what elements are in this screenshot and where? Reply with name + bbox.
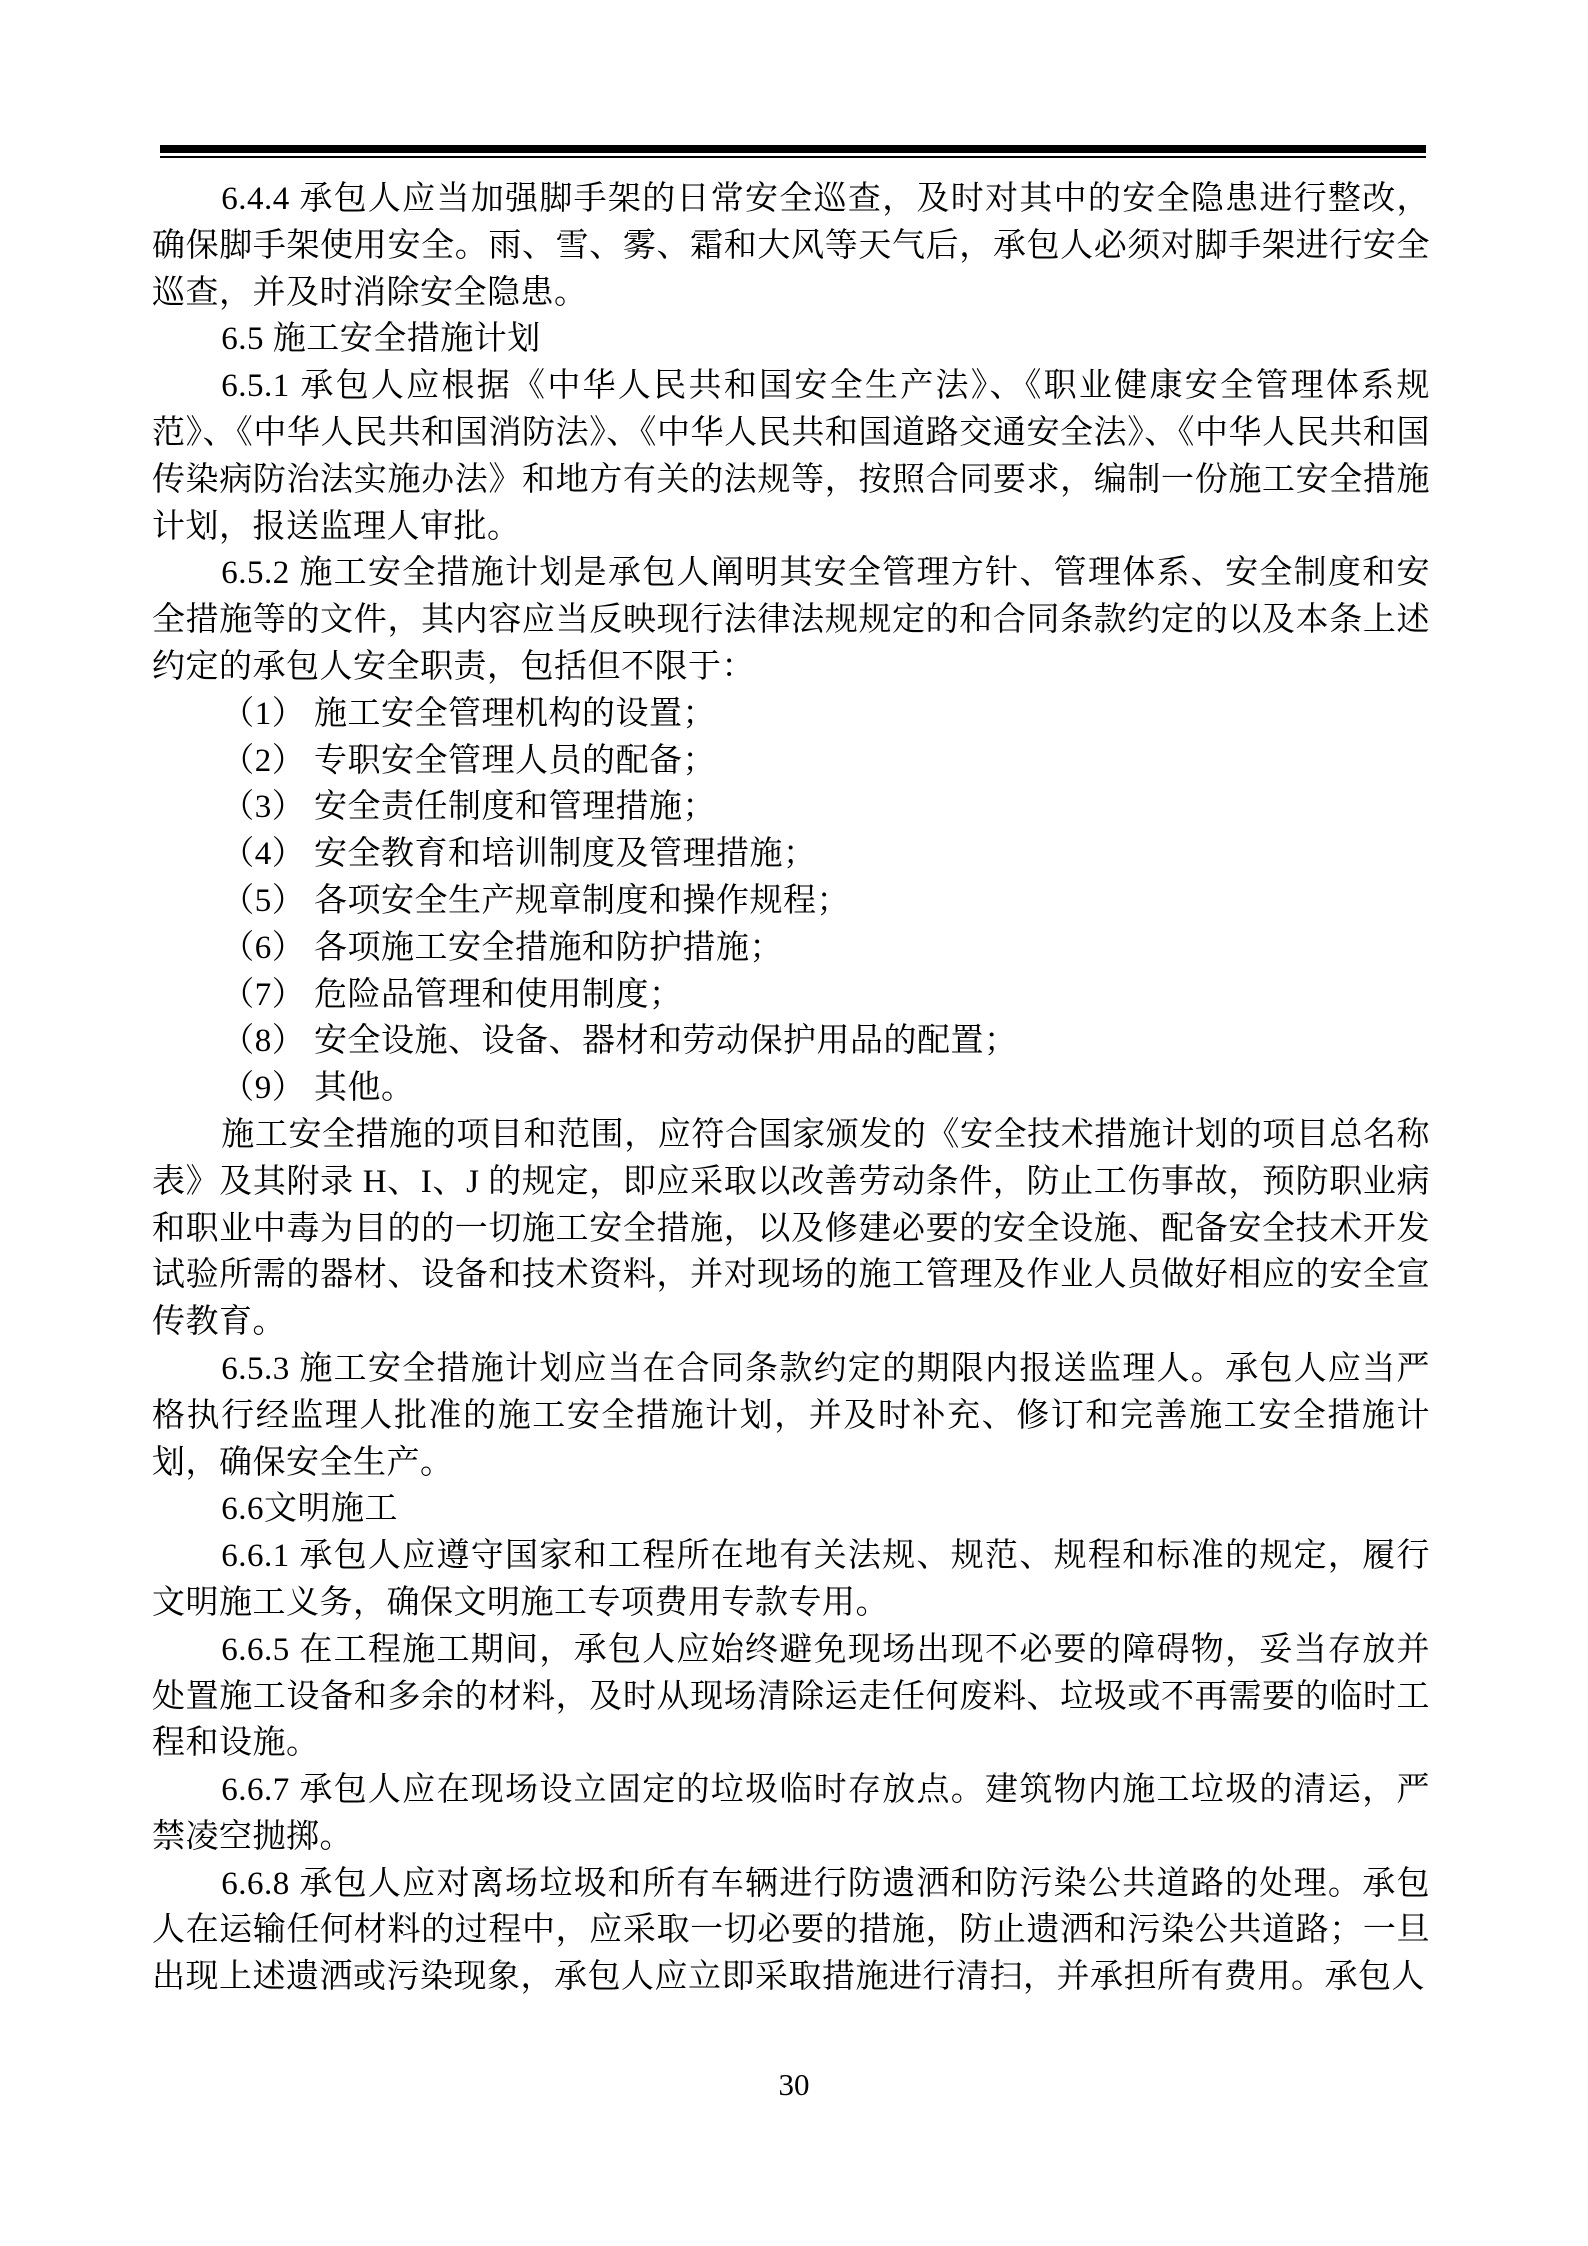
paragraph: （8） 安全设施、设备、器材和劳动保护用品的配置； [152, 1018, 1430, 1065]
paragraph: （3） 安全责任制度和管理措施； [152, 784, 1430, 831]
document-body: 6.4.4 承包人应当加强脚手架的日常安全巡查，及时对其中的安全隐患进行整改，确… [152, 176, 1430, 2001]
header-rule [160, 145, 1426, 158]
paragraph: （6） 各项施工安全措施和防护措施； [152, 925, 1430, 972]
paragraph: （1） 施工安全管理机构的设置； [152, 691, 1430, 738]
header-rule-thick-line [160, 145, 1426, 153]
paragraph: （9） 其他。 [152, 1065, 1430, 1112]
paragraph: 6.5.2 施工安全措施计划是承包人阐明其安全管理方针、管理体系、安全制度和安全… [152, 550, 1430, 690]
paragraph: 施工安全措施的项目和范围，应符合国家颁发的《安全技术措施计划的项目总名称表》及其… [152, 1112, 1430, 1346]
paragraph: 6.5.3 施工安全措施计划应当在合同条款约定的期限内报送监理人。承包人应当严格… [152, 1346, 1430, 1486]
paragraph: 6.5.1 承包人应根据《中华人民共和国安全生产法》、《职业健康安全管理体系规范… [152, 363, 1430, 550]
paragraph: （5） 各项安全生产规章制度和操作规程； [152, 878, 1430, 925]
paragraph: 6.6.8 承包人应对离场垃圾和所有车辆进行防遗洒和防污染公共道路的处理。承包人… [152, 1861, 1430, 2001]
paragraph: （4） 安全教育和培训制度及管理措施； [152, 831, 1430, 878]
paragraph: （7） 危险品管理和使用制度； [152, 972, 1430, 1019]
paragraph: （2） 专职安全管理人员的配备； [152, 738, 1430, 785]
paragraph: 6.6.1 承包人应遵守国家和工程所在地有关法规、规范、规程和标准的规定，履行文… [152, 1533, 1430, 1627]
paragraph: 6.6文明施工 [152, 1486, 1430, 1533]
page-number: 30 [0, 2068, 1588, 2102]
paragraph: 6.6.7 承包人应在现场设立固定的垃圾临时存放点。建筑物内施工垃圾的清运，严禁… [152, 1767, 1430, 1861]
header-rule-thin-line [160, 156, 1426, 158]
paragraph: 6.4.4 承包人应当加强脚手架的日常安全巡查，及时对其中的安全隐患进行整改，确… [152, 176, 1430, 316]
paragraph: 6.6.5 在工程施工期间，承包人应始终避免现场出现不必要的障碍物，妥当存放并处… [152, 1627, 1430, 1767]
paragraph: 6.5 施工安全措施计划 [152, 316, 1430, 363]
document-page: 6.4.4 承包人应当加强脚手架的日常安全巡查，及时对其中的安全隐患进行整改，确… [0, 0, 1588, 2246]
